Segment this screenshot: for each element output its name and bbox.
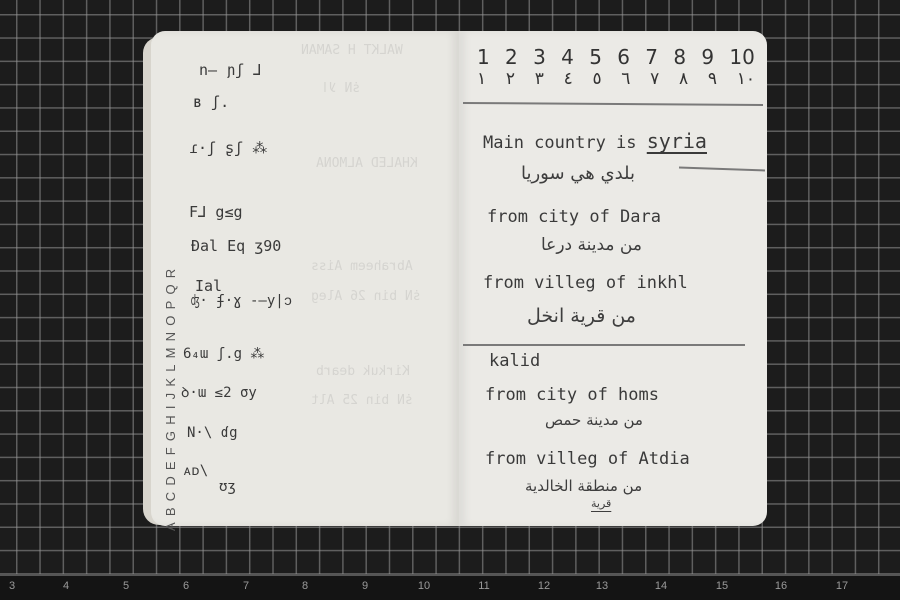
entry2-line1: from city of homs xyxy=(485,385,659,405)
glyph-note: ɾ·ʃ ʂʃ ⁂ xyxy=(189,139,267,157)
ruler-label: 15 xyxy=(716,580,728,592)
ruler-label: 3 xyxy=(9,580,15,592)
left-page: WALKT H SAMAN ṡN الا KHALED ALMONA Abrah… xyxy=(151,31,459,526)
numeral: 10 xyxy=(729,45,754,69)
numeral: 1 xyxy=(477,45,490,69)
glyph-note: Ɖal Eq ʒ90 xyxy=(191,237,281,255)
glyph-note: ʊʒ xyxy=(219,479,236,495)
ruler-label: 16 xyxy=(775,580,787,592)
bleed-through-text: WALKT H SAMAN xyxy=(301,43,403,58)
bleed-through-text: ṡN bin 26 Aleg xyxy=(311,289,421,304)
ruler-label: 6 xyxy=(183,580,189,592)
ruler-label: 9 xyxy=(362,580,368,592)
numeral: ٧ xyxy=(650,69,659,89)
western-numerals-row: 1 2 3 4 5 6 7 8 9 10 xyxy=(477,45,755,69)
entry1-line1: Main country is syria xyxy=(483,129,707,153)
ruler-label: 8 xyxy=(302,580,308,592)
underline-stroke xyxy=(679,166,765,171)
ruler-label: 5 xyxy=(123,580,129,592)
arabic-numerals-row: ١ ٢ ٣ ٤ ٥ ٦ ٧ ٨ ٩ ١٠ xyxy=(477,69,755,89)
numeral: ٩ xyxy=(708,69,717,89)
glyph-note: ᴀᴅ\ xyxy=(183,463,208,480)
divider-line xyxy=(463,344,745,346)
ruler-label: 13 xyxy=(596,580,608,592)
glyph-note: F⅃ g≤g xyxy=(189,203,243,221)
numeral: 8 xyxy=(673,45,686,69)
numeral: ١٠ xyxy=(737,69,755,89)
entry1-line3-arabic: من قرية انخل xyxy=(527,305,636,327)
numeral: 7 xyxy=(645,45,658,69)
entry1-line2: from city of Dara xyxy=(487,207,661,227)
ruler-label: 17 xyxy=(836,580,848,592)
glyph-note: n— ɲʃ ⅃ xyxy=(199,61,262,79)
entry1-line2-arabic: من مدينة درعا xyxy=(541,235,642,255)
glyph-note: 6₄ɯ ʃ.g ⁂ xyxy=(183,346,264,362)
divider-line xyxy=(463,102,763,106)
right-page: 1 2 3 4 5 6 7 8 9 10 ١ ٢ ٣ ٤ ٥ ٦ ٧ ٨ ٩ ١… xyxy=(459,31,767,526)
numeral: ١ xyxy=(477,69,486,89)
vertical-alphabet: ABCDEFGHIJKLMNOPQR xyxy=(163,263,178,531)
numeral: 5 xyxy=(589,45,602,69)
numeral: ٤ xyxy=(564,69,573,89)
entry2-line2-arabic: من منطقة الخالدية xyxy=(525,477,642,495)
numeral: 2 xyxy=(505,45,518,69)
cutting-mat-ruler: 3 4 5 6 7 8 9 10 11 12 13 14 15 16 17 xyxy=(0,574,900,600)
numeral: ٦ xyxy=(621,69,630,89)
bleed-through-text: KHALED ALMONA xyxy=(316,156,418,171)
entry2-line1-arabic: من مدينة حمص xyxy=(545,411,643,429)
glyph-note: N·\ ɗg xyxy=(187,425,238,441)
ruler-label: 14 xyxy=(655,580,667,592)
bleed-through-text: ṡN الا xyxy=(321,81,360,96)
bleed-through-text: ṡN bin 25 Alt xyxy=(311,393,413,408)
entry2-name: kalid xyxy=(489,351,540,371)
glyph-note: ꝺ·ɯ ≤2 σy xyxy=(181,383,257,402)
ruler-label: 4 xyxy=(63,580,69,592)
bleed-through-text: Kirkuk dearb xyxy=(316,364,410,379)
ruler-label: 12 xyxy=(538,580,550,592)
entry2-note-arabic: قرية xyxy=(591,497,611,510)
ruler-label: 11 xyxy=(478,580,489,592)
numeral: ٨ xyxy=(679,69,688,89)
numeral: 9 xyxy=(701,45,714,69)
numeral: ٣ xyxy=(535,69,544,89)
numeral: ٢ xyxy=(506,69,515,89)
numeral: ٥ xyxy=(592,69,601,89)
entry1-line3: from villeg of inkhl xyxy=(483,273,688,293)
entry2-line2: from villeg of Atdia xyxy=(485,449,690,469)
ruler-label: 10 xyxy=(418,580,430,592)
open-notebook: WALKT H SAMAN ṡN الا KHALED ALMONA Abrah… xyxy=(143,31,769,529)
glyph-note: ʙ ʃ. xyxy=(193,93,229,111)
country-syria: syria xyxy=(647,129,707,153)
bleed-through-text: Abraheem Aiss xyxy=(311,259,413,274)
numeral: 3 xyxy=(533,45,546,69)
ruler-label: 7 xyxy=(243,580,249,592)
entry1-line1-text: Main country is xyxy=(483,133,647,153)
numeral: 6 xyxy=(617,45,630,69)
glyph-note: ʤ· ʄ·ɣ -—y|ᴐ xyxy=(191,293,292,310)
entry1-line1-arabic: بلدي هي سوريا xyxy=(521,163,635,184)
numeral: 4 xyxy=(561,45,574,69)
